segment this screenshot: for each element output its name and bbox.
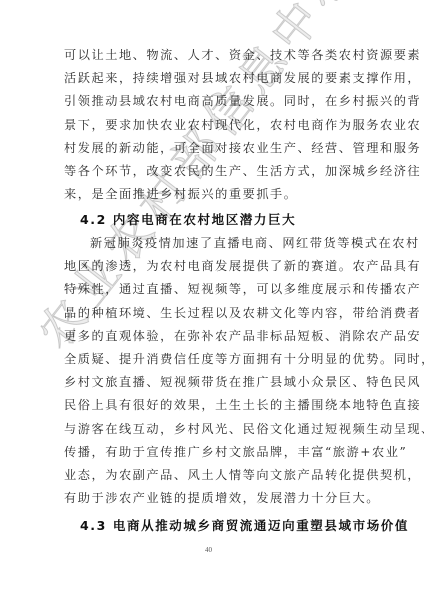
text-line: 有助于涉农产业链的提质增效，发展潜力十分巨大。	[64, 487, 360, 510]
text-line: 新冠肺炎疫情加速了直播电商、网红带货等模式在农村	[64, 232, 360, 255]
section-heading-4-3: 4.3 电商从推动城乡商贸流通迈向重塑县域市场价值	[80, 516, 409, 534]
text-line: 村发展的新动能，可全面对接农业生产、经营、管理和服务	[64, 137, 360, 160]
text-line: 可以让土地、物流、人才、资金、技术等各类农村资源要素	[64, 44, 360, 67]
text-line: 来，是全面推进乡村振兴的重要抓手。	[64, 183, 360, 206]
paragraph-intro-continuation: 可以让土地、物流、人才、资金、技术等各类农村资源要素 活跃起来，持续增强对县域农…	[64, 44, 360, 206]
text-line: 民俗上具有很好的效果，土生土长的主播围绕本地特色直接	[64, 394, 360, 417]
text-line: 活跃起来，持续增强对县域农村电商发展的要素支撑作用，	[64, 67, 360, 90]
text-line: 品的种植环境、生长过程以及农耕文化等内容，带给消费者	[64, 302, 360, 325]
text-line: 景下，要求加快农业农村现代化，农村电商作为服务农业农	[64, 114, 360, 137]
text-line: 等各个环节，改变农民的生产、生活方式，加深城乡经济往	[64, 160, 360, 183]
text-line: 引领推动县域农村电商高质量发展。同时，在乡村振兴的背	[64, 90, 360, 113]
paragraph-content-ecommerce: 新冠肺炎疫情加速了直播电商、网红带货等模式在农村 地区的渗透，为农村电商发展提供…	[64, 232, 360, 510]
text-line: 全质疑、提升消费信任度等方面拥有十分明显的优势。同时，	[64, 348, 360, 371]
text-line: 特殊性，通过直播、短视频等，可以多维度展示和传播农产	[64, 278, 360, 301]
text-line: 地区的渗透，为农村电商发展提供了新的赛道。农产品具有	[64, 255, 360, 278]
text-line: 更多的直观体验，在弥补农产品非标品短板、消除农产品安	[64, 325, 360, 348]
text-line: 业态，为农副产品、风土人情等向文旅产品转化提供契机，	[64, 464, 360, 487]
document-page: 农业农村部信息中心 可以让土地、物流、人才、资金、技术等各类农村资源要素 活跃起…	[0, 0, 424, 600]
text-line: 与游客在线互动，乡村风光、民俗文化通过短视频生动呈现、	[64, 418, 360, 441]
page-number: 40	[205, 546, 212, 554]
text-line: 乡村文旅直播、短视频带货在推广县域小众景区、特色民风	[64, 371, 360, 394]
text-line: 传播，有助于宣传推广乡村文旅品牌，丰富“旅游+农业”	[64, 441, 360, 464]
section-heading-4-2: 4.2 内容电商在农村地区潜力巨大	[80, 210, 296, 228]
